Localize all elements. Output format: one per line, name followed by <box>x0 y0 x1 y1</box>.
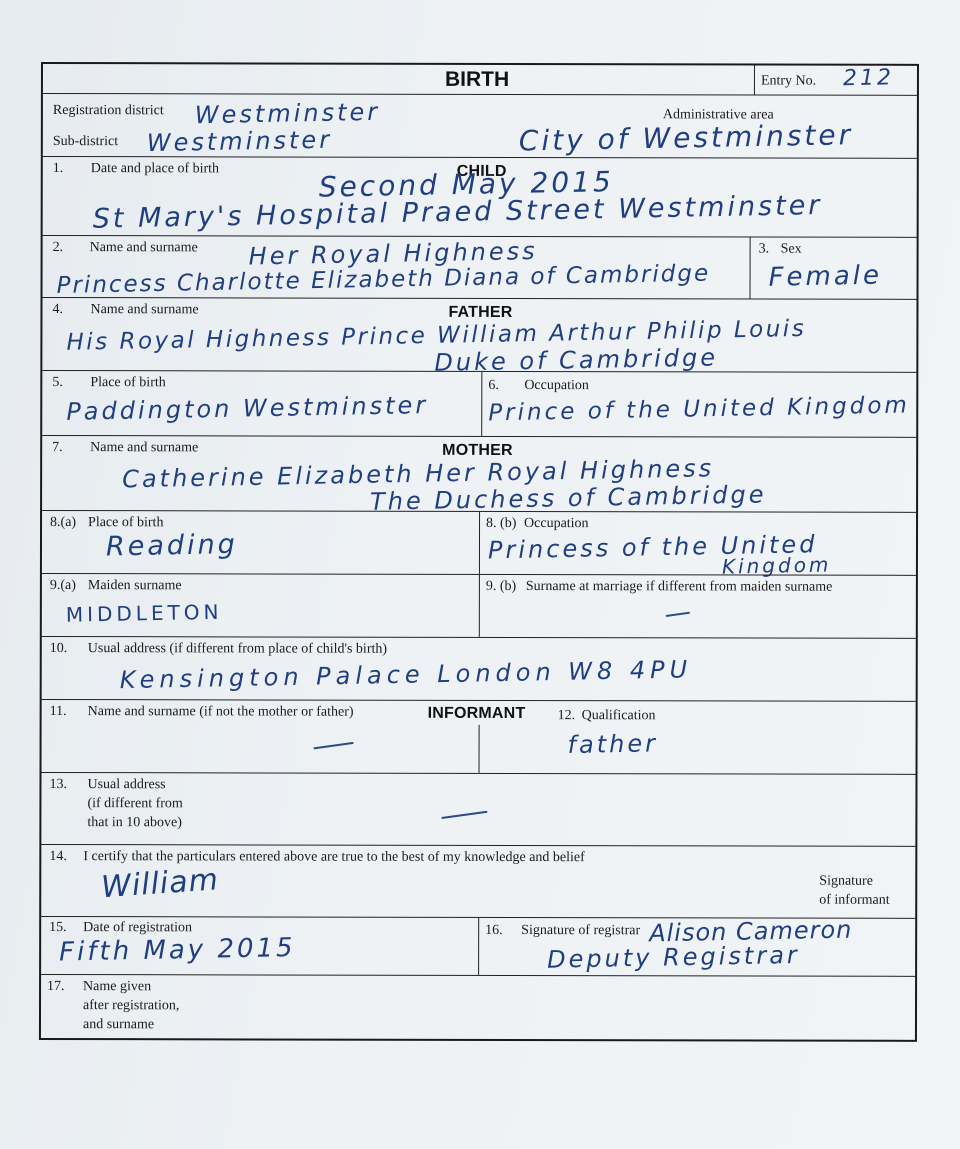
district-row: Registration district Westminster Sub-di… <box>43 93 917 158</box>
field-7-label: Name and surname <box>90 439 198 456</box>
field-12-label: Qualification <box>582 707 656 724</box>
row-5: 5. Place of birth Paddington Westminster… <box>42 370 916 437</box>
field-13-label-1: Usual address <box>87 776 165 793</box>
row-8: 8.(a) Place of birth Reading 8. (b) Occu… <box>42 510 916 575</box>
field-7-number: 7. <box>52 439 63 456</box>
signature-of-informant-label-2: of informant <box>819 892 889 909</box>
section-informant: INFORMANT <box>428 705 526 723</box>
row-13: 13. Usual address (if different from tha… <box>41 772 915 846</box>
field-8a-number: 8.(a) <box>50 514 76 531</box>
married-surname-cell: 9. (b) Surname at marriage if different … <box>479 575 916 638</box>
married-surname-dash[interactable] <box>666 612 690 617</box>
field-6-number: 6. <box>488 377 499 394</box>
entry-cell: Entry No. 212 <box>754 65 917 94</box>
form-title: BIRTH <box>445 68 509 92</box>
child-name-field[interactable]: Princess Charlotte Elizabeth Diana of Ca… <box>56 261 710 299</box>
field-2-label: Name and surname <box>90 239 198 256</box>
field-16-label: Signature of registrar <box>521 922 640 939</box>
field-11-label: Name and surname (if not the mother or f… <box>88 703 354 721</box>
field-8a-label: Place of birth <box>88 514 163 531</box>
field-4-label: Name and surname <box>90 301 198 318</box>
field-3-number: 3. <box>759 241 770 258</box>
row-7: 7. Name and surname MOTHER Catherine Eli… <box>42 435 916 512</box>
section-father: FATHER <box>448 304 512 322</box>
sub-district-label: Sub-district <box>53 133 118 150</box>
sex-field[interactable]: Female <box>768 263 882 291</box>
field-1-label: Date and place of birth <box>91 160 219 177</box>
row-9: 9.(a) Maiden surname MIDDLETON 9. (b) Su… <box>42 573 916 638</box>
administrative-area-field[interactable]: City of Westminster <box>519 122 854 154</box>
sub-district-field[interactable]: Westminster <box>147 127 333 156</box>
field-8b-number: 8. (b) <box>486 515 516 532</box>
entry-number-field[interactable]: 212 <box>843 65 894 92</box>
father-occupation-field[interactable]: Prince of the United Kingdom <box>488 392 910 426</box>
row-17: 17. Name given after registration, and s… <box>41 974 915 1042</box>
field-4-number: 4. <box>52 301 63 318</box>
entry-label: Entry No. <box>761 73 816 90</box>
field-14-number: 14. <box>49 848 67 865</box>
signature-of-informant-label-1: Signature <box>819 873 873 890</box>
field-6-label: Occupation <box>524 377 589 394</box>
qualification-field[interactable]: father <box>567 730 658 758</box>
registrar-cell: 16. Signature of registrar Alison Camero… <box>478 918 915 976</box>
field-17-label-2: after registration, <box>83 997 179 1014</box>
mother-title-field[interactable]: The Duchess of Cambridge <box>370 481 767 514</box>
informant-address-dash[interactable] <box>442 811 488 819</box>
registration-date-field[interactable]: Fifth May 2015 <box>59 935 296 965</box>
field-9a-number: 9.(a) <box>50 577 76 594</box>
row-4: 4. Name and surname FATHER His Royal Hig… <box>42 297 916 372</box>
field-14-label: I certify that the particulars entered a… <box>83 848 585 866</box>
registration-district-field[interactable]: Westminster <box>195 99 381 128</box>
field-16-number: 16. <box>485 922 503 939</box>
row-14: 14. I certify that the particulars enter… <box>41 844 915 918</box>
field-15-label: Date of registration <box>83 919 192 936</box>
field-11-number: 11. <box>50 703 67 720</box>
field-9b-number: 9. (b) <box>486 578 516 595</box>
place-of-birth-field[interactable]: St Mary's Hospital Praed Street Westmins… <box>93 193 823 233</box>
registration-district-label: Registration district <box>53 102 164 119</box>
informant-name-dash[interactable] <box>314 742 354 749</box>
father-birthplace-field[interactable]: Paddington Westminster <box>66 392 428 425</box>
row-1: 1. Date and place of birth CHILD Second … <box>43 156 917 237</box>
row-10: 10. Usual address (if different from pla… <box>42 636 916 701</box>
field-9a-label: Maiden surname <box>88 577 182 594</box>
mother-occupation-cell: 8. (b) Occupation Princess of the United… <box>479 512 916 575</box>
field-5-label: Place of birth <box>90 374 165 391</box>
maiden-surname-field[interactable]: MIDDLETON <box>66 599 223 628</box>
field-15-number: 15. <box>49 919 67 936</box>
registrar-role-field[interactable]: Deputy Registrar <box>547 942 800 973</box>
informant-signature[interactable]: William <box>101 867 220 901</box>
field-17-label-1: Name given <box>83 978 151 995</box>
field-13-label-2: (if different from <box>87 795 182 812</box>
birth-register-entry: BIRTH Entry No. 212 Registration distric… <box>39 62 919 1042</box>
field-13-label-3: that in 10 above) <box>87 814 182 831</box>
field-12-number: 12. <box>558 707 576 724</box>
sex-cell: 3. Sex Female <box>750 237 917 298</box>
row-11: 11. Name and surname (if not the mother … <box>42 699 916 774</box>
field-8b-label: Occupation <box>524 515 589 532</box>
field-9b-label: Surname at marriage if different from ma… <box>526 578 833 596</box>
field-1-number: 1. <box>53 160 64 177</box>
field-13-number: 13. <box>49 776 67 793</box>
field-10-number: 10. <box>50 640 68 657</box>
title-row: BIRTH Entry No. 212 <box>43 64 917 95</box>
mother-birthplace-field[interactable]: Reading <box>106 532 238 560</box>
field-10-label: Usual address (if different from place o… <box>88 640 387 658</box>
field-2-number: 2. <box>53 239 64 256</box>
field-17-number: 17. <box>47 978 65 995</box>
usual-address-field[interactable]: Kensington Palace London W8 4PU <box>120 656 693 693</box>
field-5-number: 5. <box>52 374 63 391</box>
row-2: 2. Name and surname Her Royal Highness P… <box>43 235 917 299</box>
field-17-label-3: and surname <box>83 1016 154 1033</box>
field-3-label: Sex <box>781 241 802 258</box>
row-15: 15. Date of registration Fifth May 2015 … <box>41 916 915 976</box>
qualification-cell <box>479 725 916 774</box>
father-occupation-cell: 6. Occupation Prince of the United Kingd… <box>481 372 916 437</box>
